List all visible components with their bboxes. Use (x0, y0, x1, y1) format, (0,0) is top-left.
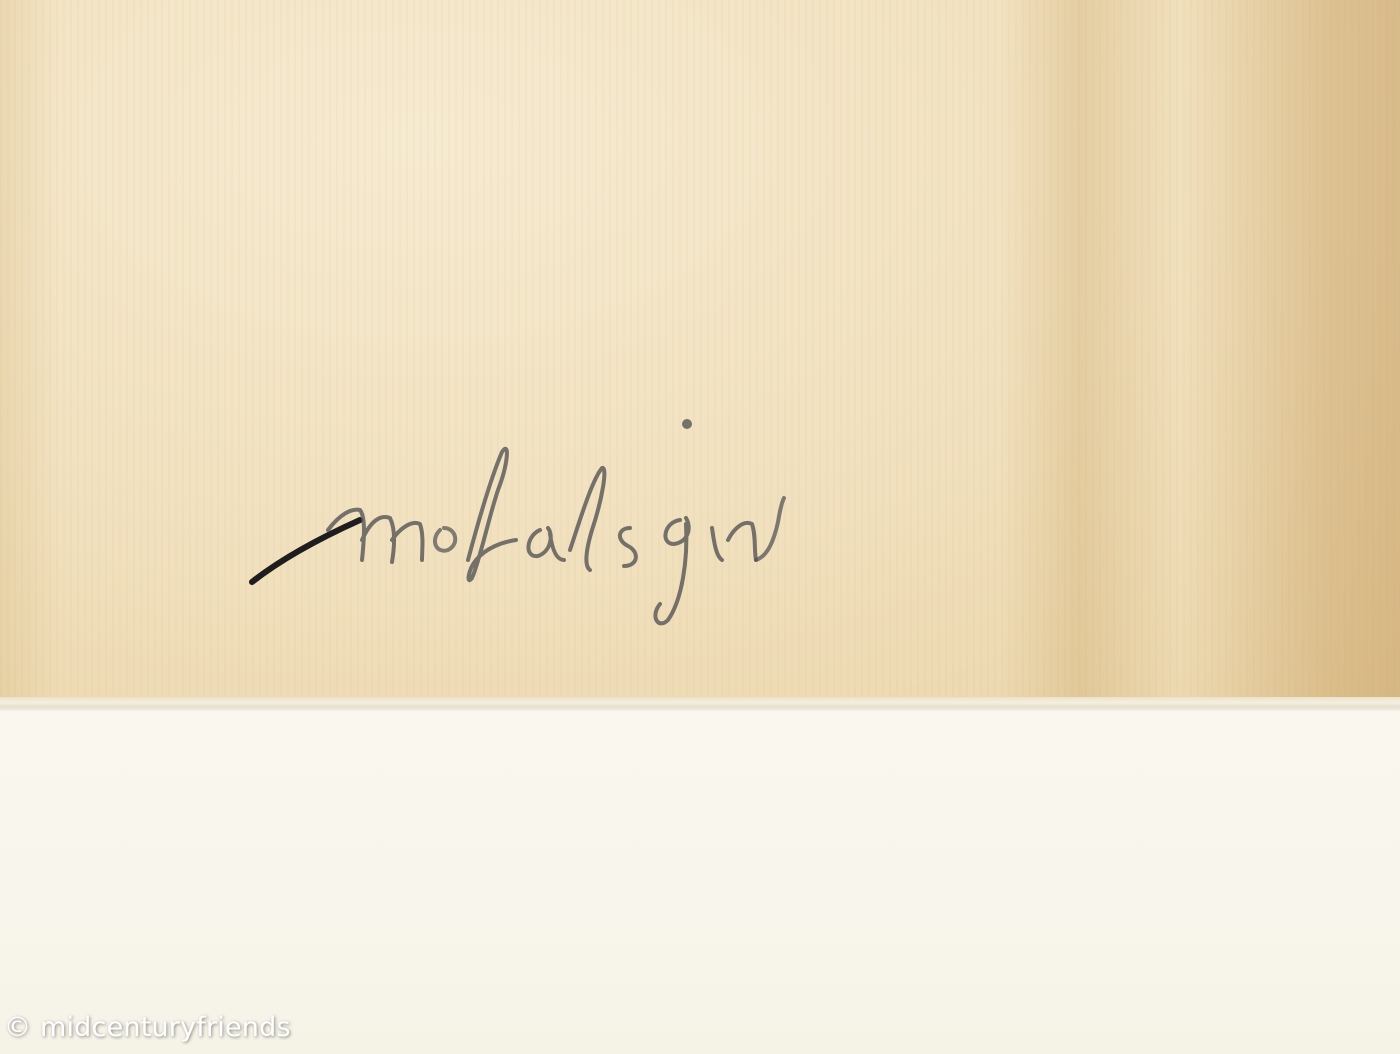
copyright-watermark: © midcenturyfriends (4, 1012, 291, 1043)
pencil-signature: m. falsgin (240, 410, 1160, 650)
white-mat-border (0, 711, 1400, 1054)
paper-edge (0, 697, 1400, 711)
